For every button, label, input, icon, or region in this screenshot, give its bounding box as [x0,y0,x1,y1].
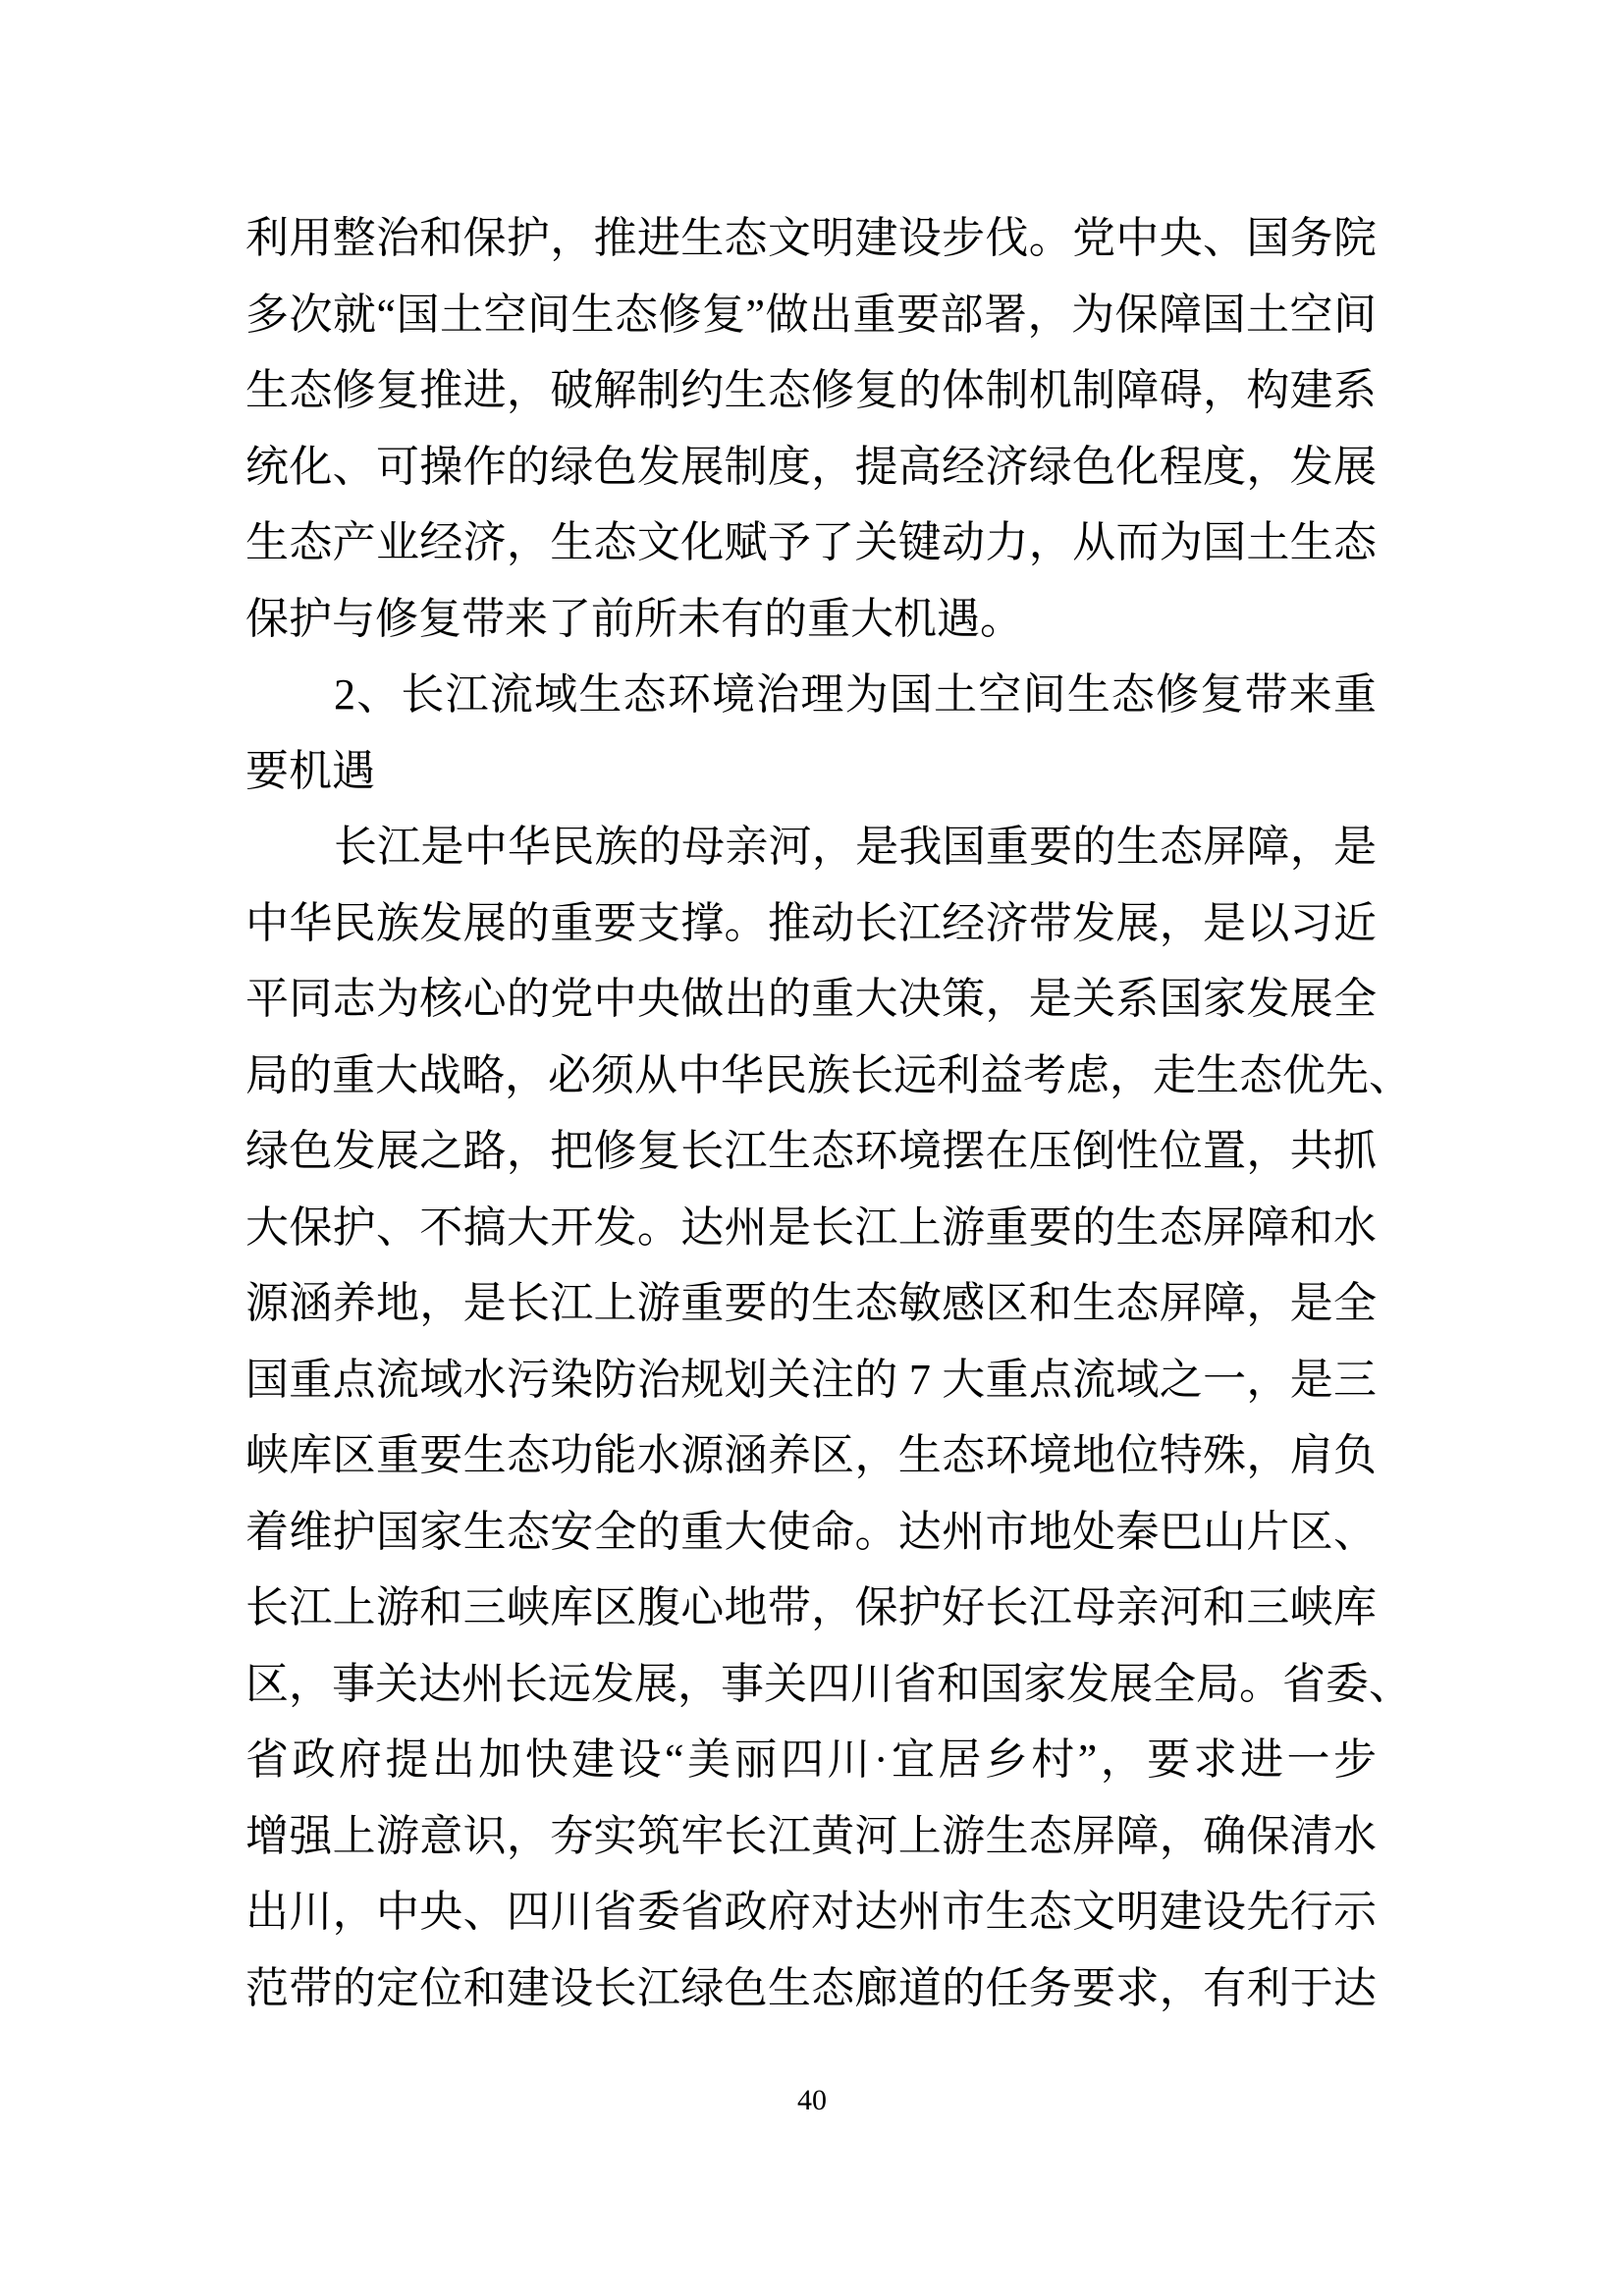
text-line: 局的重大战略，必须从中华民族长远利益考虑，走生态优先、 [245,1038,1377,1114]
text-line: 长江是中华民族的母亲河，是我国重要的生态屏障，是 [245,809,1377,885]
page-number: 40 [0,2079,1624,2122]
text-line: 省政府提出加快建设“美丽四川·宜居乡村”，要求进一步 [245,1722,1377,1798]
text-line: 长江上游和三峡库区腹心地带，保护好长江母亲河和三峡库 [245,1570,1377,1646]
text-line: 生态修复推进，破解制约生态修复的体制机制障碍，构建系 [245,352,1377,429]
text-block: 利用整治和保护，推进生态文明建设步伐。党中央、国务院 多次就“国土空间生态修复”… [245,200,1377,2026]
text-line: 出川，中央、四川省委省政府对达州市生态文明建设先行示 [245,1874,1377,1950]
text-line: 国重点流域水污染防治规划关注的 7 大重点流域之一，是三 [245,1342,1377,1418]
text-line: 范带的定位和建设长江绿色生态廊道的任务要求，有利于达 [245,1950,1377,2027]
text-line: 大保护、不搞大开发。达州是长江上游重要的生态屏障和水 [245,1190,1377,1266]
subheading-line: 2、长江流域生态环境治理为国土空间生态修复带来重 [245,657,1377,733]
text-line: 着维护国家生态安全的重大使命。达州市地处秦巴山片区、 [245,1494,1377,1571]
document-page: 利用整治和保护，推进生态文明建设步伐。党中央、国务院 多次就“国土空间生态修复”… [0,0,1624,2296]
text-line: 增强上游意识，夯实筑牢长江黄河上游生态屏障，确保清水 [245,1798,1377,1875]
text-line: 利用整治和保护，推进生态文明建设步伐。党中央、国务院 [245,200,1377,277]
text-line: 区，事关达州长远发展，事关四川省和国家发展全局。省委、 [245,1646,1377,1723]
text-line: 源涵养地，是长江上游重要的生态敏感区和生态屏障，是全 [245,1265,1377,1342]
text-line: 平同志为核心的党中央做出的重大决策，是关系国家发展全 [245,961,1377,1038]
text-line: 生态产业经济，生态文化赋予了关键动力，从而为国土生态 [245,505,1377,581]
text-line: 多次就“国土空间生态修复”做出重要部署，为保障国土空间 [245,277,1377,353]
text-line: 绿色发展之路，把修复长江生态环境摆在压倒性位置，共抓 [245,1113,1377,1190]
text-line: 统化、可操作的绿色发展制度，提高经济绿色化程度，发展 [245,429,1377,506]
text-line: 保护与修复带来了前所未有的重大机遇。 [245,581,1377,658]
text-line: 中华民族发展的重要支撑。推动长江经济带发展，是以习近 [245,885,1377,962]
text-line: 峡库区重要生态功能水源涵养区，生态环境地位特殊，肩负 [245,1417,1377,1494]
subheading-line: 要机遇 [245,733,1377,810]
